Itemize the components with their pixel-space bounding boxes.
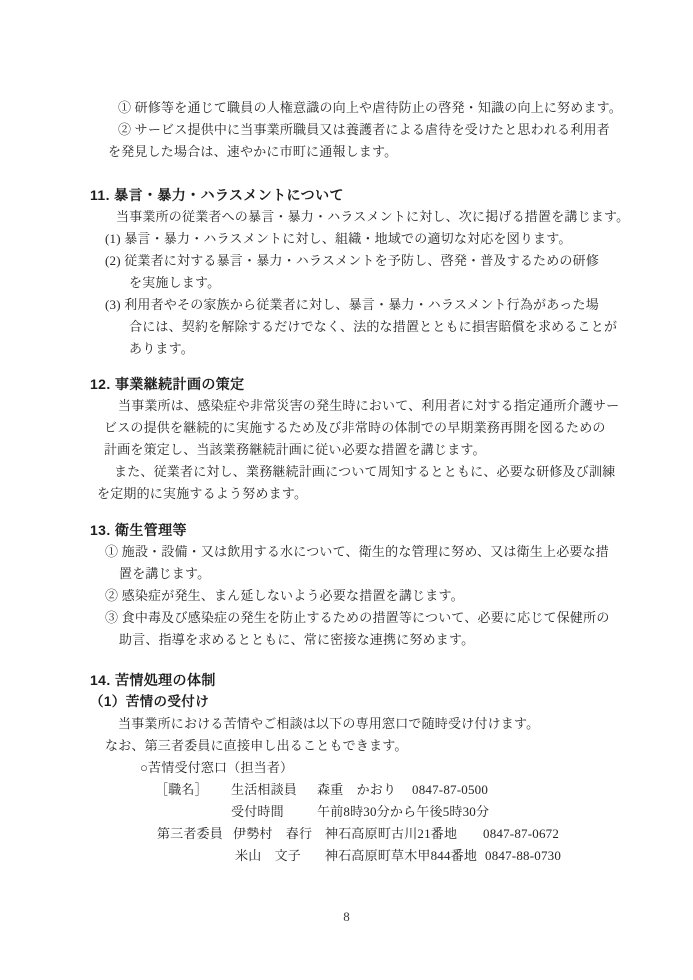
contact-label: 第三者委員: [157, 823, 223, 845]
list-item: ② 感染症が発生、まん延しないよう必要な措置を講じます。: [0, 585, 693, 607]
list-item-continuation: 助言、指導を求めるとともに、常に密接な連携に努めます。: [0, 629, 693, 651]
contact-person: 森重 かおり: [317, 779, 396, 801]
paragraph-line: ビスの提供を継続的に実施するため及び非常時の体制での早期業務再開を図るための: [0, 417, 693, 439]
paragraph-line: 当事業所の従業者への暴言・暴力・ハラスメントに対し、次に掲げる措置を講じます。: [0, 206, 693, 228]
contact-window-title: ○苦情受付窓口（担当者）: [0, 757, 693, 779]
paragraph-line: 当事業所は、感染症や非常災害の発生時において、利用者に対する指定通所介護サー: [0, 395, 693, 417]
section-14: 14. 苦情処理の体制 （1）苦情の受付け 当事業所における苦情やご相談は以下の…: [0, 669, 693, 867]
contact-row: 米山 文子 神石高原町草木甲844番地 0847-88-0730: [0, 845, 693, 867]
list-item-continuation: を実施します。: [0, 272, 693, 294]
contact-label: ［職名］: [155, 779, 208, 801]
page-number: 8: [0, 906, 693, 928]
contact-phone: 0847-88-0730: [485, 845, 561, 867]
paragraph-line: を定期的に実施するよう努めます。: [0, 483, 693, 505]
contact-hours: 午前8時30分から午後5時30分: [317, 801, 489, 823]
subsection-heading: （1）苦情の受付け: [0, 691, 693, 713]
contact-role: 生活相談員: [231, 779, 297, 801]
list-item: ① 施設・設備・又は飲用する水について、衛生的な管理に努め、又は衛生上必要な措: [0, 541, 693, 563]
paragraph-line: なお、第三者委員に直接申し出ることもできます。: [0, 735, 693, 757]
paragraph-line: 計画を策定し、当該業務継続計画に従い必要な措置を講じます。: [0, 439, 693, 461]
prelude-list: ① 研修等を通じて職員の人権意識の向上や虐待防止の啓発・知識の向上に努めます。 …: [0, 97, 693, 163]
contact-row: 受付時間 午前8時30分から午後5時30分: [0, 801, 693, 823]
section-11: 11. 暴言・暴力・ハラスメントについて 当事業所の従業者への暴言・暴力・ハラス…: [0, 184, 693, 360]
list-item: ③ 食中毒及び感染症の発生を防止するための措置等について、必要に応じて保健所の: [0, 607, 693, 629]
section-12: 12. 事業継続計画の策定 当事業所は、感染症や非常災害の発生時において、利用者…: [0, 373, 693, 505]
contact-role: 受付時間: [231, 801, 284, 823]
contact-row: 第三者委員 伊勢村 春行 神石高原町古川21番地 0847-87-0672: [0, 823, 693, 845]
contact-person: 米山 文子: [235, 845, 301, 867]
list-item: (1) 暴言・暴力・ハラスメントに対し、組織・地域での適切な対応を図ります。: [0, 228, 693, 250]
section-heading: 11. 暴言・暴力・ハラスメントについて: [0, 184, 693, 206]
contact-address: 神石高原町草木甲844番地: [325, 845, 477, 867]
list-item: ① 研修等を通じて職員の人権意識の向上や虐待防止の啓発・知識の向上に努めます。: [0, 97, 693, 119]
list-item-continuation: あります。: [0, 338, 693, 360]
contact-row: ［職名］ 生活相談員 森重 かおり 0847-87-0500: [0, 779, 693, 801]
paragraph-line: また、従業者に対し、業務継続計画について周知するとともに、必要な研修及び訓練: [0, 461, 693, 483]
list-item: (3) 利用者やその家族から従業者に対し、暴言・暴力・ハラスメント行為があった場: [0, 294, 693, 316]
paragraph-line: 当事業所における苦情やご相談は以下の専用窓口で随時受け付けます。: [0, 713, 693, 735]
contact-person: 伊勢村 春行: [233, 823, 312, 845]
section-heading: 13. 衛生管理等: [0, 519, 693, 541]
section-heading: 14. 苦情処理の体制: [0, 669, 693, 691]
section-13: 13. 衛生管理等 ① 施設・設備・又は飲用する水について、衛生的な管理に努め、…: [0, 519, 693, 651]
list-item: (2) 従業者に対する暴言・暴力・ハラスメントを予防し、啓発・普及するための研修: [0, 250, 693, 272]
list-item-continuation: 置を講じます。: [0, 563, 693, 585]
list-item-continuation: を発見した場合は、速やかに市町に通報します。: [0, 141, 693, 163]
section-heading: 12. 事業継続計画の策定: [0, 373, 693, 395]
contact-phone: 0847-87-0672: [483, 823, 559, 845]
list-item: ② サービス提供中に当事業所職員又は養護者による虐待を受けたと思われる利用者: [0, 119, 693, 141]
contact-phone: 0847-87-0500: [412, 779, 488, 801]
list-item-continuation: 合には、契約を解除するだけでなく、法的な措置とともに損害賠償を求めることが: [0, 316, 693, 338]
contact-address: 神石高原町古川21番地: [325, 823, 457, 845]
document-page: ① 研修等を通じて職員の人権意識の向上や虐待防止の啓発・知識の向上に努めます。 …: [0, 0, 693, 980]
